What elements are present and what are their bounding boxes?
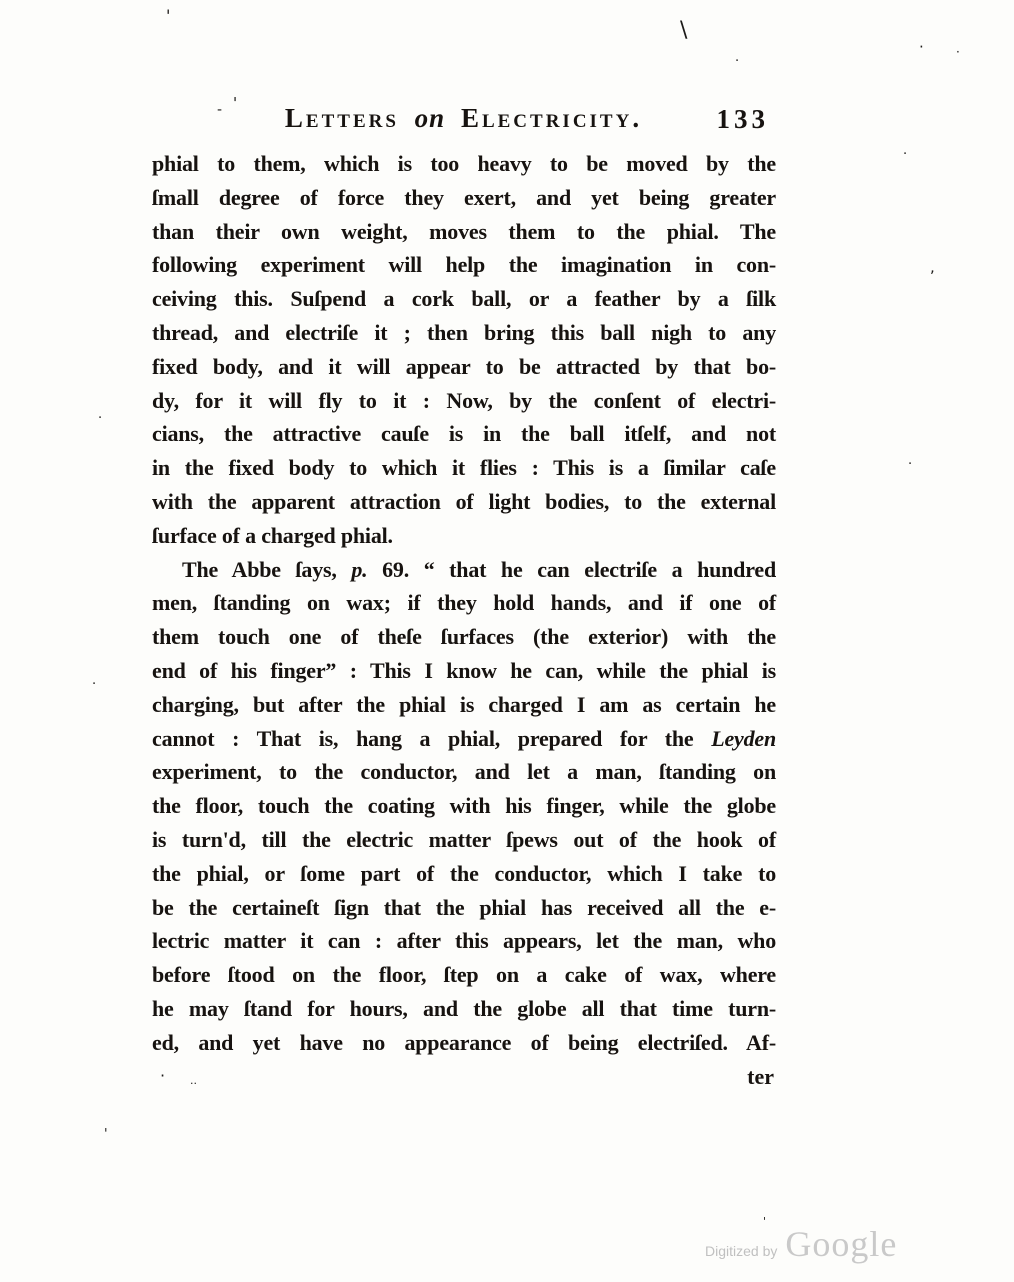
text-segment: fixed body, and it will appear to be att… [152,354,776,379]
scan-speck: · [92,678,96,691]
text-line: men, ſtanding on wax; if they hold hands… [152,586,776,620]
digitization-watermark: Digitized by Google [705,1226,897,1262]
title-word-electricity: Electricity. [461,103,642,133]
text-segment: he may ſtand for hours, and the globe al… [152,996,776,1021]
scan-speck: · [98,412,102,425]
text-line: ceiving this. Suſpend a cork ball, or a … [152,282,776,316]
page-title: Letters on Electricity. [152,103,775,134]
text-line: following experiment will help the imagi… [152,248,776,282]
text-line: charging, but after the phial is charged… [152,688,776,722]
scan-speck: · [919,40,924,55]
text-line: thread, and electriſe it ; then bring th… [152,316,776,350]
title-word-letters: Letters [285,103,399,133]
title-word-on: on [409,103,452,133]
scan-speck: , [930,260,935,275]
text-segment: the phial, or ſome part of the conductor… [152,861,776,886]
text-line: in the fixed body to which it flies : Th… [152,451,776,485]
text-segment: before ſtood on the floor, ſtep on a cak… [152,962,776,987]
text-segment: 69. “ that he can electriſe a hundred [367,557,776,582]
text-line: the floor, touch the coating with his fi… [152,789,776,823]
italic-text-segment: Leyden [711,726,776,751]
text-segment: them touch one of theſe ſurfaces (the ex… [152,624,776,649]
text-segment: experiment, to the conductor, and let a … [152,759,776,784]
scan-speck: · [735,55,739,68]
text-line: dy, for it will fly to it : Now, by the … [152,384,776,418]
scan-speck: · [956,46,960,58]
text-segment: ſurface of a charged phial. [152,523,393,548]
scan-speck: · [908,458,912,471]
text-segment: lectric matter it can : after this appea… [152,928,776,953]
scan-speck: \ [680,20,687,42]
text-line: The Abbe ſays, p. 69. “ that he can elec… [152,553,776,587]
text-line: experiment, to the conductor, and let a … [152,755,776,789]
scan-speck: ' [166,8,170,24]
text-line: ed, and yet have no appearance of being … [152,1026,776,1060]
text-segment: following experiment will help the imagi… [152,252,776,277]
text-line: than their own weight, moves them to the… [152,215,776,249]
text-segment: be the certaineſt ſign that the phial ha… [152,895,776,920]
text-segment: ſmall degree of force they exert, and ye… [152,185,776,210]
text-block: phial to them, which is too heavy to be … [152,147,776,1094]
text-segment: thread, and electriſe it ; then bring th… [152,320,776,345]
digitized-by-label: Digitized by [705,1243,777,1259]
text-segment: in the fixed body to which it flies : Th… [152,455,776,480]
text-line: them touch one of theſe ſurfaces (the ex… [152,620,776,654]
text-segment: the floor, touch the coating with his fi… [152,793,776,818]
text-line: cians, the attractive cauſe is in the ba… [152,417,776,451]
text-segment: phial to them, which is too heavy to be … [152,151,776,176]
text-segment: cians, the attractive cauſe is in the ba… [152,421,776,446]
scan-speck: ' [104,1128,108,1141]
text-line: cannot : That is, hang a phial, prepared… [152,722,776,756]
italic-text-segment: p. [351,557,367,582]
text-line: phial to them, which is too heavy to be … [152,147,776,181]
text-segment: with the apparent attraction of light bo… [152,489,776,514]
book-page-scan: Letters on Electricity. 133 phial to the… [0,0,1014,1282]
text-line: ſmall degree of force they exert, and ye… [152,181,776,215]
running-head: Letters on Electricity. 133 [152,103,775,139]
text-segment: ed, and yet have no appearance of being … [152,1030,776,1055]
text-segment: ceiving this. Suſpend a cork ball, or a … [152,286,776,311]
text-segment: end of his finger” : This I know he can,… [152,658,776,683]
text-segment: dy, for it will fly to it : Now, by the … [152,388,776,413]
text-line: he may ſtand for hours, and the globe al… [152,992,776,1026]
text-segment: than their own weight, moves them to the… [152,219,776,244]
text-line: before ſtood on the floor, ſtep on a cak… [152,958,776,992]
text-segment: The Abbe ſays, [182,557,351,582]
google-logo: Google [785,1226,897,1262]
text-line: is turn'd, till the electric matter ſpew… [152,823,776,857]
text-line: be the certaineſt ſign that the phial ha… [152,891,776,925]
text-line: the phial, or ſome part of the conductor… [152,857,776,891]
scan-speck: · [903,148,907,161]
text-line: with the apparent attraction of light bo… [152,485,776,519]
text-line: ſurface of a charged phial. [152,519,776,553]
text-segment: is turn'd, till the electric matter ſpew… [152,827,776,852]
text-segment: charging, but after the phial is charged… [152,692,776,717]
text-segment: cannot : That is, hang a phial, prepared… [152,726,711,751]
text-segment: men, ſtanding on wax; if they hold hands… [152,590,776,615]
page-number: 133 [717,104,770,135]
text-line: end of his finger” : This I know he can,… [152,654,776,688]
catchword: ter [152,1060,776,1094]
text-line: fixed body, and it will appear to be att… [152,350,776,384]
text-line: lectric matter it can : after this appea… [152,924,776,958]
